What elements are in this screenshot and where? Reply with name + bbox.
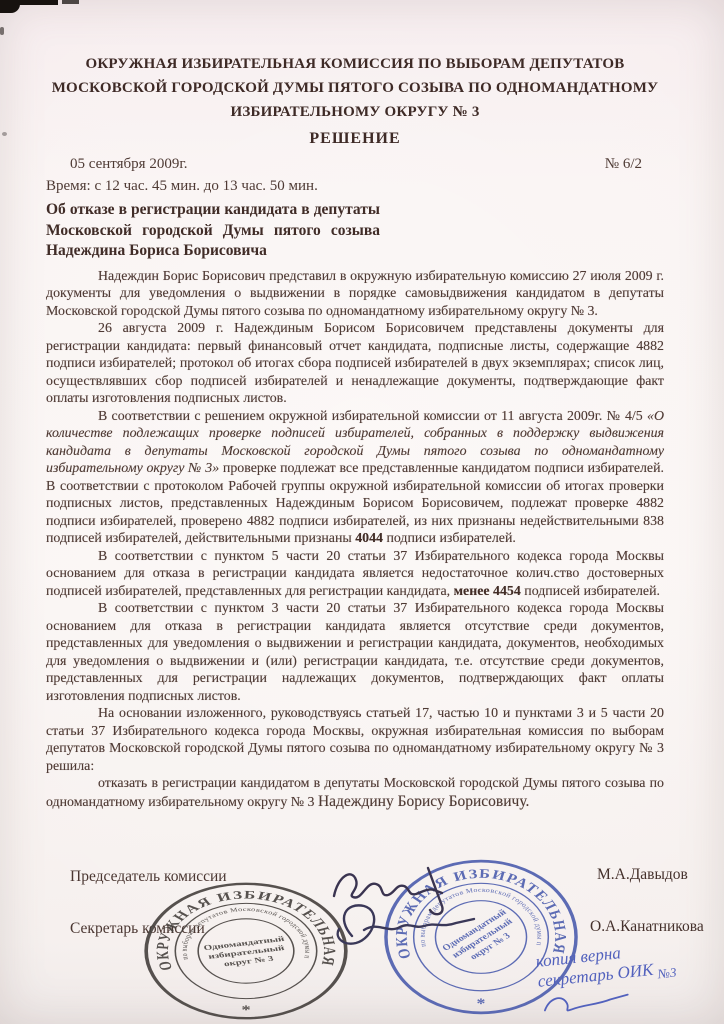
title-line-2: МОСКОВСКОЙ ГОРОДСКОЙ ДУМЫ ПЯТОГО СОЗЫВА … — [46, 76, 664, 100]
document-content: ОКРУЖНАЯ ИЗБИРАТЕЛЬНАЯ КОМИССИЯ ПО ВЫБОР… — [0, 0, 724, 811]
decision-body: Надеждин Борис Борисович представил в ок… — [46, 268, 664, 812]
required-signatures-count: менее 4454 — [454, 584, 521, 599]
paragraph-ground-point5: В соответствии с пунктом 5 части 20 стат… — [46, 548, 664, 601]
title-line-1: ОКРУЖНАЯ ИЗБИРАТЕЛЬНАЯ КОМИССИЯ ПО ВЫБОР… — [46, 52, 664, 76]
scan-edge-speck — [2, 132, 7, 136]
black-round-stamp-icon: ОКРУЖНАЯ ИЗБИРАТЕЛЬНАЯ КОМИССИЯ по выбор… — [142, 881, 350, 1021]
secretary-signature — [322, 896, 482, 952]
paragraph-documents: 26 августа 2009 г. Надеждиным Борисом Бо… — [46, 320, 664, 408]
chairman-name: М.А.Давыдов — [597, 866, 688, 884]
decision-date: 05 сентября 2009г. — [70, 153, 188, 175]
text-segment: В соответствии с решением окружной избир… — [98, 409, 647, 424]
paragraph-signature-check: В соответствии с решением окружной избир… — [46, 408, 664, 548]
signature-block: Председатель комиссии М.А.Давыдов Секрет… — [46, 856, 664, 1024]
title-line-3: ИЗБИРАТЕЛЬНОМУ ОКРУГУ № 3 — [46, 100, 664, 124]
stamp-star-glyph: * — [477, 997, 486, 1012]
scanned-document-page: ОКРУЖНАЯ ИЗБИРАТЕЛЬНАЯ КОМИССИЯ ПО ВЫБОР… — [0, 0, 724, 1024]
text-segment: подписи избирателей. — [383, 531, 516, 546]
document-type-heading: РЕШЕНИЕ — [46, 126, 664, 151]
valid-signatures-count: 4044 — [355, 531, 383, 546]
decision-number: № 6/2 — [605, 153, 642, 175]
commission-title: ОКРУЖНАЯ ИЗБИРАТЕЛЬНАЯ КОМИССИЯ ПО ВЫБОР… — [46, 52, 664, 124]
paragraph-resolution-basis: На основании изложенного, руководствуясь… — [46, 705, 664, 775]
handnote-district-number: №3 — [657, 964, 677, 981]
handnote-signature — [539, 985, 633, 1018]
scan-edge-speck — [0, 27, 4, 35]
secretary-name: О.А.Канатникова — [590, 918, 704, 936]
session-time: Время: с 12 час. 45 мин. до 13 час. 50 м… — [46, 176, 664, 197]
paragraph-nomination: Надеждин Борис Борисович представил в ок… — [46, 268, 664, 321]
text-segment: подписей избирателей. — [521, 584, 660, 599]
paragraph-resolution: отказать в регистрации кандидатом в депу… — [46, 775, 664, 811]
date-number-row: 05 сентября 2009г. № 6/2 — [46, 151, 664, 175]
stamp-star-glyph: * — [241, 1004, 250, 1017]
candidate-name: Надеждину Борису Борисовичу. — [318, 793, 529, 810]
scan-edge-speck — [62, 0, 79, 4]
decision-subject: Об отказе в регистрации кандидата в депу… — [46, 200, 380, 262]
paragraph-ground-point3: В соответствии с пунктом 3 части 20 стат… — [46, 600, 664, 705]
